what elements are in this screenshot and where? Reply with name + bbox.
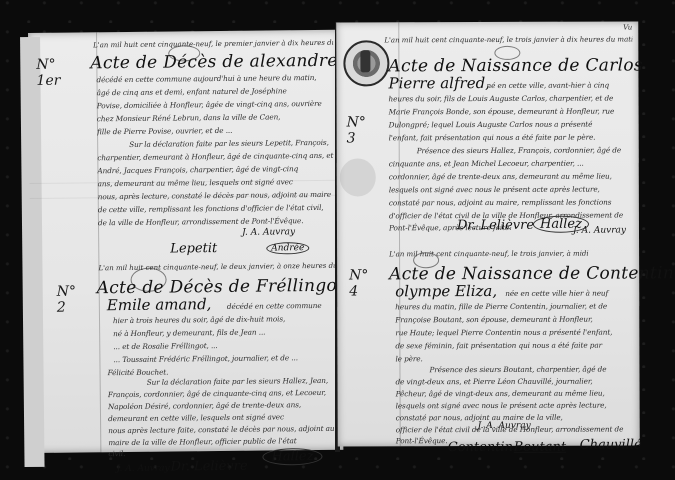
entry-body-line: lesquels ont signé avec nous le présent … xyxy=(389,184,635,194)
entry-subtitle: Pierre alfred, xyxy=(388,74,490,92)
entry-body-line: l'enfant, fait présentation qui nous a é… xyxy=(389,132,635,142)
entry-intro: L'an mil huit cent cinquante-neuf, le tr… xyxy=(384,35,632,44)
entry-body-line: ... et de Rosalie Fréllingot, ... xyxy=(113,340,337,351)
entry-body-line: de la ville de Honfleur, arrondissement … xyxy=(98,216,336,227)
entry-body-line: né à Honfleur, y demeurant, fils de Jean… xyxy=(113,327,337,338)
entry-body-line: hier à trois heures du soir, âgé de dix-… xyxy=(113,314,337,325)
entry-body-line: Françoise Boutant, son épouse, demeurant… xyxy=(395,314,635,324)
entry-body-line: ... Toussaint Frédéric Fréllingot, journ… xyxy=(113,353,337,364)
entry-body-line: André, Jacques François, charpentier, âg… xyxy=(97,164,335,175)
entry-body-line: Povise, domiciliée à Honfleur, âgée de v… xyxy=(97,99,335,110)
signature: Hallez xyxy=(262,448,322,466)
entry-body-line: Dulongpré; lequel Louis Auguste Carlos n… xyxy=(389,119,635,129)
signature: Lepetit xyxy=(170,241,217,256)
signature: Dr. Lelièvre xyxy=(457,218,534,233)
faded-stamp-icon xyxy=(340,158,376,196)
entry-body-line: née en cette ville hier à neuf xyxy=(505,288,635,297)
corner-note: Vu xyxy=(623,23,632,31)
signature: J. A. Auvray xyxy=(573,226,626,236)
entry-body-line: charpentier, demeurant à Honfleur, âgé d… xyxy=(97,151,335,162)
entry-number: N° 4 xyxy=(349,267,368,299)
entry-body-line: civil. xyxy=(108,449,168,459)
signature: J. A. Auvray xyxy=(117,464,170,475)
entry-subtitle: olympe Eliza, xyxy=(395,282,497,300)
entry-body-line: Pont-l'Évêque. xyxy=(396,436,456,445)
entry-body-line: rue Haute; lequel Pierre Contentin nous … xyxy=(395,327,635,337)
signature: J. A. Auvray xyxy=(242,227,295,238)
entry-body-line: chez Monsieur Réné Lebrun, dans la ville… xyxy=(97,112,335,123)
entry-body-line: de sexe féminin, fait présentation qui n… xyxy=(395,340,635,350)
entry-number: N° 2 xyxy=(57,284,77,316)
entry-body-line: heures du matin, fille de Pierre Content… xyxy=(395,301,635,311)
entry-body-line: le père. xyxy=(395,354,455,363)
entry-title: Acte de Naissance de Carlos xyxy=(388,55,643,76)
entry-body-line: né en cette ville, avant-hier à cinq xyxy=(486,80,634,90)
entry-number: N° 1er xyxy=(36,57,60,89)
entry-body-line: heures du soir, fils de Louis Auguste Ca… xyxy=(389,93,635,103)
seal-stamp-icon xyxy=(343,40,389,86)
entry-body-line: Présence des sieurs Boutant, charpentier… xyxy=(429,364,635,374)
entry-body-line: de vingt-deux ans, et Pierre Léon Chauvi… xyxy=(395,376,635,386)
entry-body-line: nous, après lecture, constaté le décès p… xyxy=(98,190,336,201)
entry-body-line: maire de la ville de Honfleur, officier … xyxy=(108,436,338,447)
entry-body-line: âgé de cinq ans et demi, enfant naturel … xyxy=(97,86,335,97)
entry-subtitle: Emile amand, xyxy=(107,295,212,314)
signature: Dr. Lelièvre xyxy=(170,459,247,475)
entry-body-line: François, cordonnier, âgé de cinquante-c… xyxy=(108,388,338,399)
entry-body-line: lesquels ont signé avec nous le présent … xyxy=(396,400,636,410)
entry-body-line: Sur la déclaration faite par les sieurs … xyxy=(147,376,337,387)
entry-body-line: Sur la déclaration faite par les sieurs … xyxy=(129,138,335,149)
signature: Andrée xyxy=(266,242,309,254)
entry-body-line: décédé en cette commune aujourd'hui à un… xyxy=(96,73,334,84)
entry-body-line: décédé en cette commune xyxy=(227,301,337,311)
entry-body-line: demeurant en cette ville, lesquels ont s… xyxy=(108,412,338,423)
entry-body-line: de cette ville, remplissant les fonction… xyxy=(98,203,336,214)
entry-body-line: constaté par nous, adjoint au maire, rem… xyxy=(389,197,635,207)
entry-intro: L'an mil huit cent cinquante-neuf, le pr… xyxy=(93,39,333,50)
entry-body-line: Marie François Bonde, son épouse, demeur… xyxy=(389,106,635,116)
entry-body-line: ans, demeurant au même lieu, lesquels on… xyxy=(98,177,336,188)
entry-intro: L'an mil huit cent cinquante-neuf, le de… xyxy=(98,262,334,272)
signature: Contentin xyxy=(448,440,513,455)
entry-body-line: nous après lecture faite, constaté le dé… xyxy=(108,424,338,435)
entry-body-line: cinquante ans, et Jean Michel Lecoeur, c… xyxy=(389,158,635,168)
entry-body-line: fille de Pierre Povise, ouvrier, et de .… xyxy=(97,125,335,136)
entry-body-line: Napoléon Désiré, cordonnier, âgé de tren… xyxy=(108,400,338,411)
signature: J. A. Auvray xyxy=(478,421,531,431)
flourish xyxy=(413,252,439,268)
signature: Boutant xyxy=(514,440,566,455)
signature: Chauvillé xyxy=(580,437,642,452)
entry-body-line: cordonnier, âgé de trente-deux ans, deme… xyxy=(389,171,635,181)
entry-body-line: Présence des sieurs Hallez, François, co… xyxy=(417,145,635,155)
page-edge xyxy=(20,37,45,467)
entry-body-line: Pêcheur, âgé de vingt-deux ans, demeuran… xyxy=(396,388,636,398)
entry-number: N° 3 xyxy=(347,114,366,146)
right-page: Vu L'an mil huit cent cinquante-neuf, le… xyxy=(336,21,639,446)
flourish xyxy=(494,46,520,60)
left-page: L'an mil huit cent cinquante-neuf, le pr… xyxy=(28,30,343,453)
